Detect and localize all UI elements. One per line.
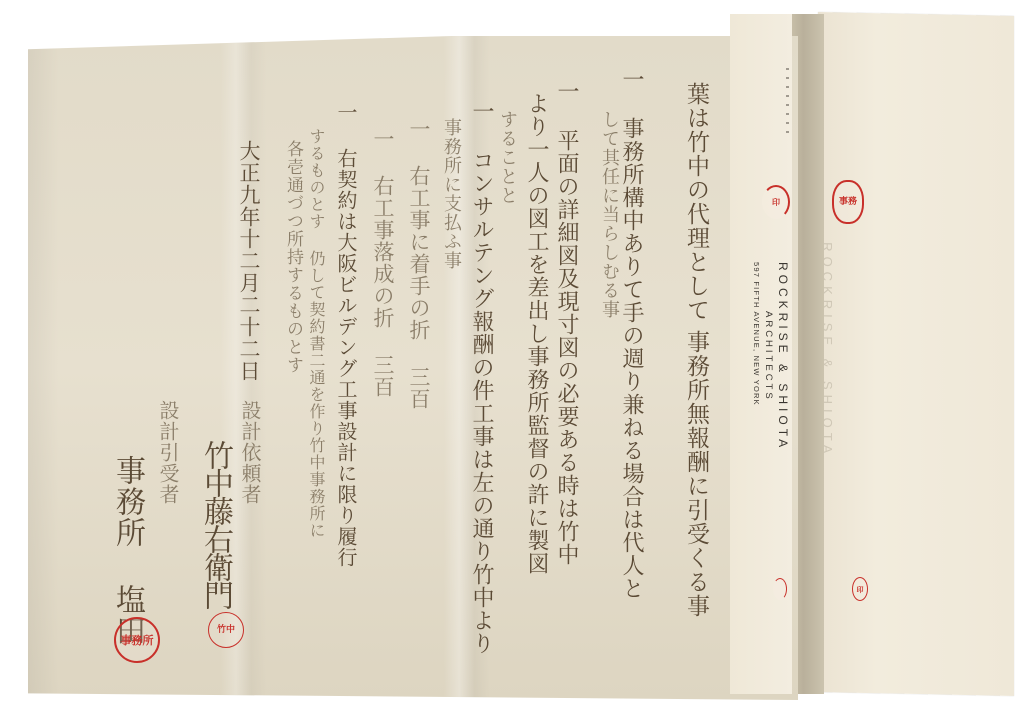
text-column-6: することと bbox=[498, 110, 516, 205]
client-signature: 竹中藤右衛門 bbox=[200, 440, 230, 608]
text-column-11: 一 右契約は大阪ビルデング工事設計に限り履行 bbox=[336, 102, 356, 568]
text-column-4: 一 平面の詳細図及現寸図の必要ある時は竹中 bbox=[555, 80, 577, 566]
date-column: 大正九年十二月二十二日 bbox=[238, 140, 259, 382]
letterhead-firm: ROCKRISE & SHIOTA bbox=[776, 262, 790, 451]
text-column-9: 一 右工事に着手の折 三百 bbox=[408, 118, 429, 410]
seal-bottom-fold-icon: 印 bbox=[852, 577, 868, 601]
client-label: 設計依頼者 bbox=[240, 400, 260, 505]
letterhead: ROCKRISE & SHIOTA ARCHITECTS 597 FIFTH A… bbox=[752, 262, 790, 451]
text-column-10: 一 右工事落成の折 三百 bbox=[372, 128, 393, 398]
letterhead-role: ARCHITECTS bbox=[763, 262, 774, 451]
text-column-7: 一 コンサルテング報酬の件工事は左の通り竹中より bbox=[470, 100, 492, 655]
letterhead-top-dots bbox=[786, 68, 789, 138]
text-column-8: 事務所に支払ふ事 bbox=[442, 118, 460, 270]
seal-fold-icon: 事務 bbox=[832, 180, 864, 224]
seal-letterhead-partial-icon: 印 bbox=[762, 185, 790, 219]
back-sheet: ROCKRISE & SHIOTA bbox=[818, 12, 1014, 696]
text-column-2: 一 事務所構中ありて手の週り兼ねる場合は代人と bbox=[620, 68, 642, 600]
seal-takenaka-icon: 竹中 bbox=[208, 612, 244, 648]
contractor-label: 設計引受者 bbox=[158, 400, 178, 505]
text-column-3: して其任に当らしむる事 bbox=[600, 110, 618, 319]
seal-office-icon: 事務所 bbox=[114, 617, 160, 663]
letterhead-address: 597 FIFTH AVENUE, NEW YORK bbox=[752, 262, 761, 451]
text-column-12: するものとす 仍して契約書二通を作り竹中事務所に bbox=[308, 128, 324, 539]
seal-faint-arc-icon bbox=[773, 578, 787, 600]
text-column-1b: 事務所無報酬に引受くる事 bbox=[684, 330, 707, 618]
text-column-1: 葉は竹中の代理として bbox=[684, 82, 707, 322]
document-photo: ROCKRISE & SHIOTA ROCKRISE & SHIOTA ARCH… bbox=[0, 0, 1024, 706]
text-column-5: より一人の図工を差出し事務所監督の許に製図 bbox=[525, 92, 547, 575]
text-column-13: 各壱通づつ所持するものとす bbox=[284, 140, 301, 374]
